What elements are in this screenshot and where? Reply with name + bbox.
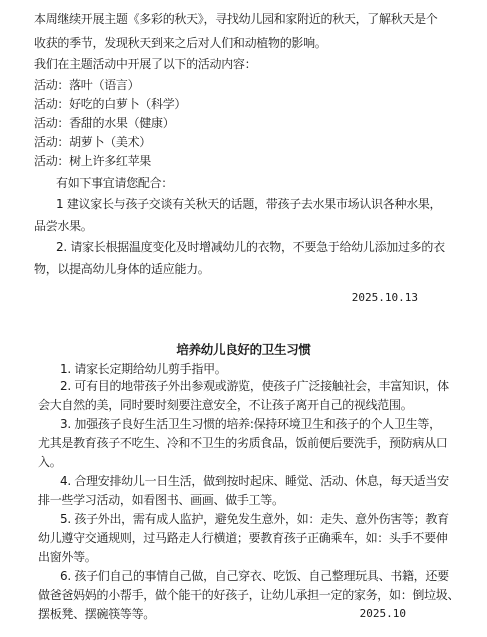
date-2: 2025.10 (360, 607, 406, 621)
hygiene-item-3-line-3: 入。 (38, 455, 61, 469)
hygiene-item-6-line-3: 摆板凳、摆碗筷等等。 (38, 607, 155, 621)
hygiene-item-4-line-2: 排一些学习活动，如看图书、画画、做手工等。 (38, 493, 284, 507)
hygiene-item-3-line-2: 尤其是教育孩子不吃生、冷和不卫生的劣质食品，饭前便后要洗手，预防病从口 (38, 436, 448, 450)
activity-item: 活动：香甜的水果（健康） (34, 116, 174, 130)
cooperation-heading: 有如下事宜请您配合： (56, 176, 173, 190)
item-1-line-2: 品尝水果。 (34, 219, 93, 233)
activity-item: 活动：好吃的白萝卜（科学） (34, 97, 186, 111)
date-1: 2025.10.13 (352, 291, 418, 305)
hygiene-item-6-line-2: 做爸爸妈妈的小帮手，做个能干的好孩子，让幼儿承担一定的家务，如：倒垃圾、 (38, 588, 459, 602)
activity-item: 活动：胡萝卜（美术） (34, 135, 151, 149)
hygiene-item-2-line-1: 2. 可有目的地带孩子外出参观或游览，使孩子广泛接触社会，丰富知识，体 (60, 379, 449, 393)
hygiene-item-3-line-1: 3. 加强孩子良好生活卫生习惯的培养:保持环境卫生和孩子的个人卫生等， (60, 417, 441, 431)
hygiene-item-1: 1. 请家长定期给幼儿剪手指甲。 (60, 362, 226, 376)
item-2-line-2: 物，以提高幼儿身体的适应能力。 (34, 262, 210, 276)
section-title: 培养幼儿良好的卫生习惯 (0, 343, 487, 357)
hygiene-item-5-line-3: 出窗外等。 (38, 550, 97, 564)
hygiene-item-2-line-2: 会大自然的美，同时要时刻要注意安全，不让孩子离开自己的视线范围。 (38, 398, 412, 412)
activities-heading: 我们在主题活动中开展了以下的活动内容： (34, 57, 256, 71)
hygiene-item-6-line-1: 6. 孩子们自己的事情自己做，自己穿衣、吃饭、自己整理玩具、书籍，还要 (60, 569, 449, 583)
hygiene-item-5-line-1: 5. 孩子外出，需有成人监护，避免发生意外，如：走失、意外伤害等；教育 (60, 512, 449, 526)
hygiene-item-4-line-1: 4. 合理安排幼儿一日生活，做到按时起床、睡觉、活动、休息，每天适当安 (60, 474, 449, 488)
intro-line-1: 本周继续开展主题《多彩的秋天》，寻找幼儿园和家附近的秋天，了解秋天是个 (34, 12, 438, 26)
item-2-line-1: 2. 请家长根据温度变化及时增减幼儿的衣物，不要急于给幼儿添加过多的衣 (56, 240, 445, 254)
hygiene-item-5-line-2: 幼儿遵守交通规则，过马路走人行横道；要教育孩子正确乘车，如：头手不要伸 (38, 531, 448, 545)
activity-item: 活动：树上许多红苹果 (34, 154, 151, 168)
activity-item: 活动：落叶（语言） (34, 78, 139, 92)
intro-line-2: 收获的季节，发现秋天到来之后对人们和动植物的影响。 (34, 36, 327, 50)
item-1-line-1: 1 建议家长与孩子交谈有关秋天的话题，带孩子去水果市场认识各种水果， (56, 197, 441, 211)
